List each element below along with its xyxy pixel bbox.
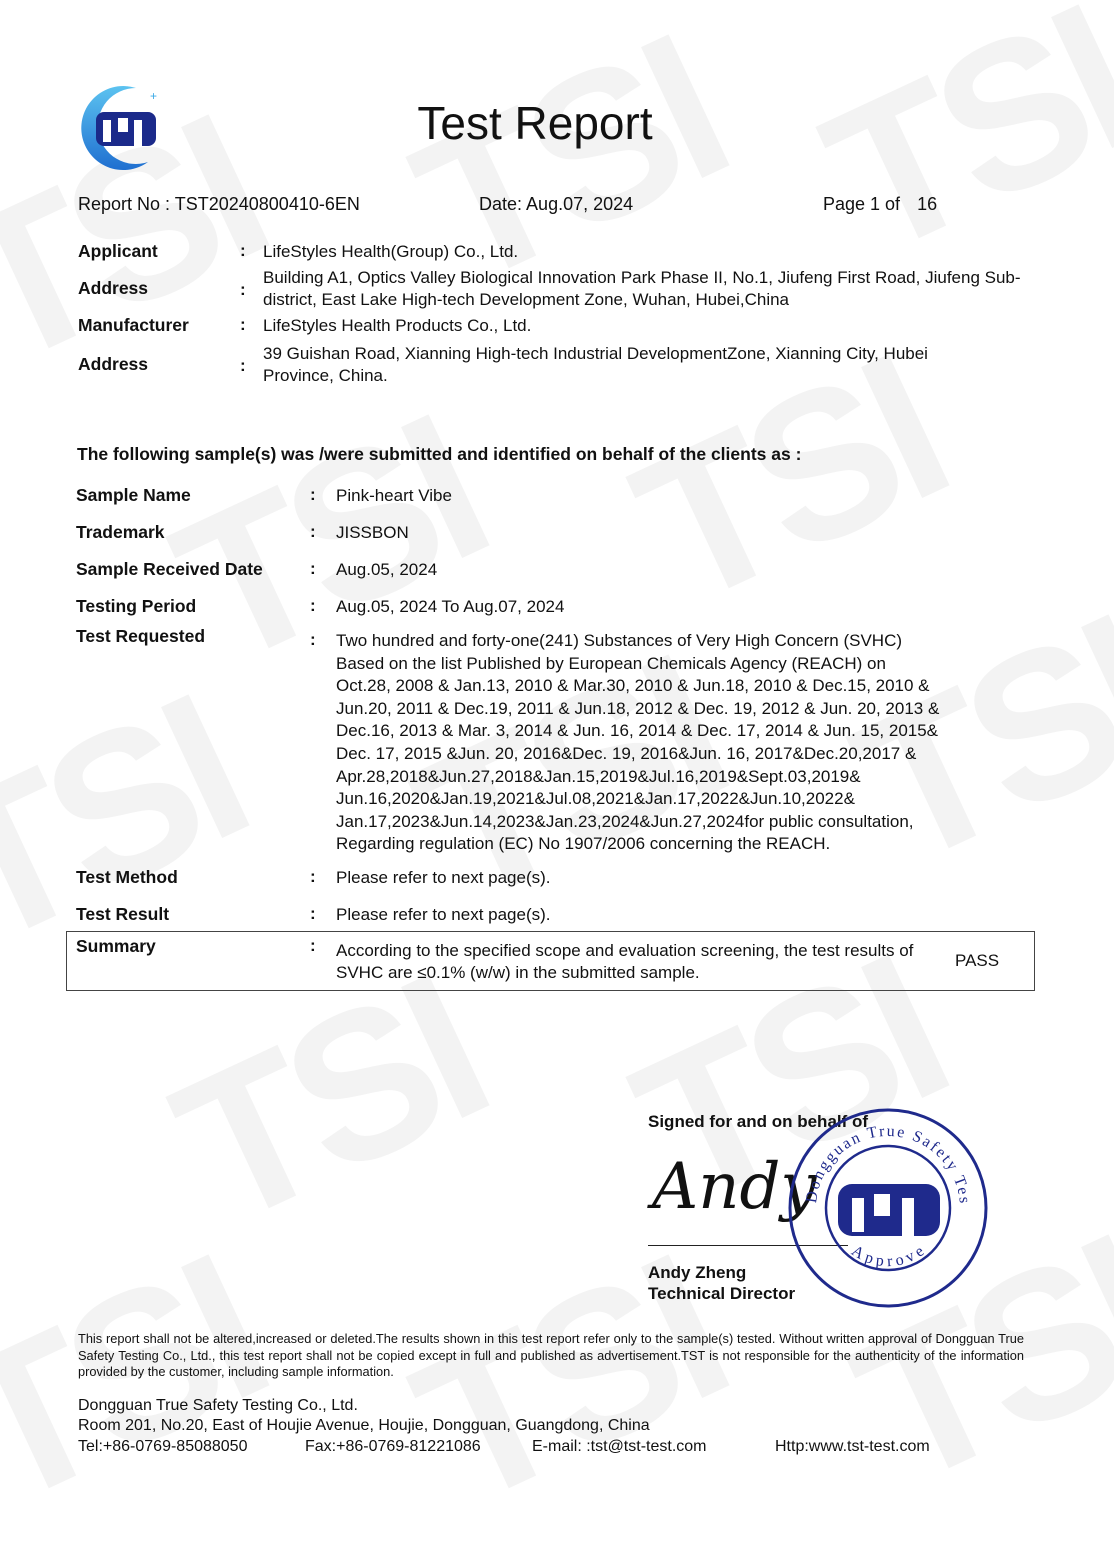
field-colon: : [240, 315, 246, 335]
field-colon: : [310, 559, 316, 579]
field-value: Pink-heart Vibe [336, 485, 976, 507]
signer-name: Andy Zheng [648, 1262, 795, 1283]
field-colon: : [310, 630, 316, 650]
test-requested-text: Two hundred and forty-one(241) Substance… [336, 630, 976, 856]
svg-text:Approve: Approve [848, 1240, 930, 1270]
company-fax: Fax:+86-0769-81221086 [305, 1438, 481, 1456]
disclaimer: This report shall not be altered,increas… [78, 1331, 1024, 1381]
report-date-value: Aug.07, 2024 [526, 194, 633, 214]
field-colon: : [240, 356, 246, 376]
field-label: Summary [76, 936, 156, 957]
field-value: LifeStyles Health(Group) Co., Ltd. [263, 241, 1033, 263]
text-line: Jun.16,2020&Jan.19,2021&Jul.08,2021&Jan.… [336, 788, 976, 811]
field-value: Please refer to next page(s). [336, 867, 976, 889]
text-line: Dec.16, 2013 & Mar. 3, 2014 & Jun. 16, 2… [336, 720, 976, 743]
field-value: LifeStyles Health Products Co., Ltd. [263, 315, 1033, 337]
page-indicator-text: Page 1 of [823, 194, 900, 214]
report-number-label: Report No : [78, 194, 170, 214]
field-label: Applicant [78, 241, 158, 262]
company-website[interactable]: Http:www.tst-test.com [775, 1438, 930, 1456]
field-value: Aug.05, 2024 To Aug.07, 2024 [336, 596, 976, 618]
text-line: Regarding regulation (EC) No 1907/2006 c… [336, 833, 976, 856]
company-tel: Tel:+86-0769-85088050 [78, 1438, 247, 1456]
company-address: Room 201, No.20, East of Houjie Avenue, … [78, 1416, 650, 1436]
field-label: Sample Received Date [76, 559, 263, 580]
report-number: Report No : TST20240800410-6EN [78, 194, 360, 215]
field-label: Address [78, 278, 148, 299]
text-line: Jun.20, 2011 & Dec.19, 2011 & Jun.18, 20… [336, 698, 976, 721]
report-number-value: TST20240800410-6EN [175, 194, 360, 214]
page-indicator: Page 1 of 16 [823, 194, 937, 215]
field-colon: : [310, 485, 316, 505]
signer: Andy Zheng Technical Director [648, 1262, 795, 1304]
field-label: Test Result [76, 904, 169, 925]
sample-intro: The following sample(s) was /were submit… [77, 444, 801, 465]
field-colon: : [310, 904, 316, 924]
field-value: JISSBON [336, 522, 976, 544]
summary-text: According to the specified scope and eva… [336, 940, 956, 984]
field-value: Aug.05, 2024 [336, 559, 976, 581]
watermark-logo: TSI [0, 1209, 294, 1554]
report-date-label: Date: [479, 194, 522, 214]
field-colon: : [240, 280, 246, 300]
field-colon: : [310, 596, 316, 616]
field-value: Please refer to next page(s). [336, 904, 976, 926]
field-label: Sample Name [76, 485, 191, 506]
text-line: Apr.28,2018&Jun.27,2018&Jan.15,2019&Jul.… [336, 766, 976, 789]
company-email[interactable]: E-mail: :tst@tst-test.com [532, 1438, 706, 1456]
watermark-logo: TSI [383, 1209, 754, 1554]
field-value: Building A1, Optics Valley Biological In… [263, 267, 1033, 311]
field-colon: : [310, 522, 316, 542]
field-label: Test Method [76, 867, 178, 888]
company-info: Dongguan True Safety Testing Co., Ltd. R… [78, 1396, 650, 1436]
text-line: Based on the list Published by European … [336, 653, 976, 676]
company-stamp-icon: Dongguan True Safety Testing Co., Ltd. A… [786, 1106, 990, 1310]
field-label: Test Requested [76, 626, 205, 647]
company-name: Dongguan True Safety Testing Co., Ltd. [78, 1396, 650, 1416]
field-colon: : [310, 867, 316, 887]
field-label: Testing Period [76, 596, 196, 617]
field-value: 39 Guishan Road, Xianning High-tech Indu… [263, 343, 1003, 387]
field-colon: : [240, 241, 246, 261]
text-line: Oct.28, 2008 & Jan.13, 2010 & Mar.30, 20… [336, 675, 976, 698]
page-title: Test Report [0, 96, 1070, 150]
text-line: Dec. 17, 2015 &Jun. 20, 2016&Dec. 19, 20… [336, 743, 976, 766]
field-label: Address [78, 354, 148, 375]
field-label: Manufacturer [78, 315, 189, 336]
field-label: Trademark [76, 522, 165, 543]
text-line: Jan.17,2023&Jun.14,2023&Jan.23,2024&Jun.… [336, 811, 976, 834]
signer-title: Technical Director [648, 1283, 795, 1304]
text-line: SVHC are ≤0.1% (w/w) in the submitted sa… [336, 962, 956, 984]
field-colon: : [310, 936, 316, 956]
result-badge: PASS [955, 951, 999, 971]
page-total: 16 [917, 194, 937, 214]
report-date: Date: Aug.07, 2024 [479, 194, 633, 215]
text-line: According to the specified scope and eva… [336, 940, 956, 962]
text-line: Two hundred and forty-one(241) Substance… [336, 630, 976, 653]
